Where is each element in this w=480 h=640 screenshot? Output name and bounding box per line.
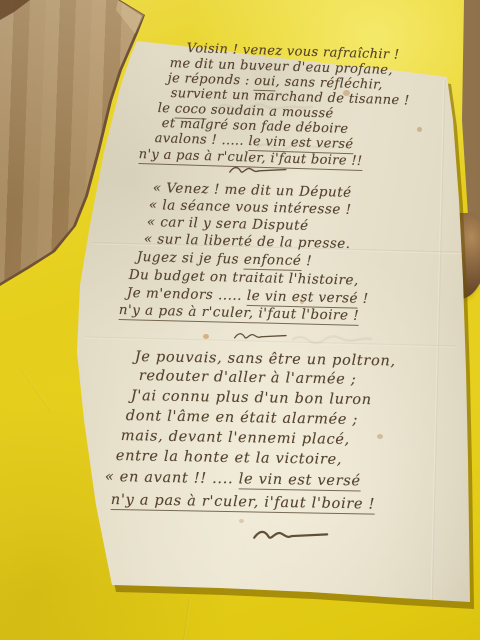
ink-bleedthrough xyxy=(290,332,400,346)
photo-scene: Voisin ! venez vous rafraîchir !me dit u… xyxy=(0,0,480,640)
ink-bleedthrough xyxy=(255,140,355,154)
ink-bleedthrough xyxy=(215,100,335,114)
